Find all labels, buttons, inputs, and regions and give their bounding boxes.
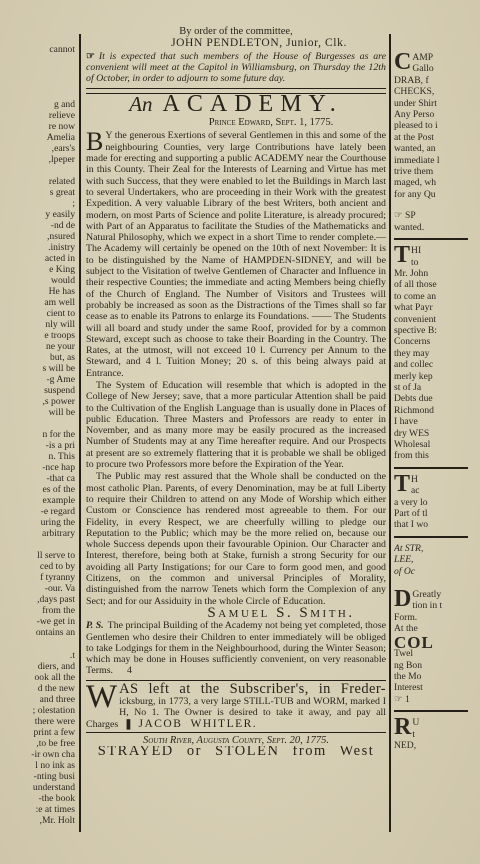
sp-notice: ☞ SPwanted. [394, 210, 480, 233]
college-heading: COL [394, 637, 480, 648]
left-fragment-line: there were [0, 716, 75, 727]
right-fragment-line: Greatly [412, 589, 480, 600]
left-fragment-line: we get in- [0, 616, 75, 627]
right-fragment-line: Richmond [394, 405, 480, 416]
spacer [394, 202, 480, 210]
left-fragment-line: uring the [0, 517, 75, 528]
left-fragment-line: e King [0, 264, 75, 275]
left-fragment-line: d the new [0, 683, 75, 694]
south-river-dateline: South River, Augusta County, Sept. 20, 1… [86, 735, 386, 746]
right-column: CAMPGalloDRAB, fCHECKS,under ShirtAny Pe… [394, 52, 480, 753]
left-fragment-line: cannot [0, 44, 75, 55]
camp-ad-lines: GalloDRAB, fCHECKS,under ShirtAny Persop… [394, 63, 480, 200]
academy-title: AnACADEMY. [86, 99, 386, 114]
academy-title-prefix: An [129, 92, 152, 116]
left-fragment-line: f tyranny [0, 572, 75, 583]
right-fragment-line: of Oc [394, 566, 480, 577]
thick-rule [394, 710, 468, 712]
left-fragment-line: s great [0, 187, 75, 198]
right-fragment-line: at the Post [394, 132, 480, 143]
left-fragment-line: suspend [0, 385, 75, 396]
left-fragment-line: ir own cha- [0, 749, 75, 760]
left-fragment-line: y easily [0, 209, 75, 220]
left-fragment-line: e troops [0, 330, 75, 341]
run-notice: RUtNED, [394, 717, 480, 751]
left-fragment-line: s will be [0, 363, 75, 374]
run-notice-first-line: U [412, 717, 419, 728]
left-fragment-line: g and [0, 99, 75, 110]
horizontal-rule [86, 732, 386, 733]
left-fragment-line: nting busi- [0, 771, 75, 782]
right-fragment-line: Any Perso [394, 109, 480, 120]
right-fragment-line: wanted, an [394, 143, 480, 154]
left-fragment-line: days past, [0, 594, 75, 605]
left-fragment-line: ne your [0, 341, 75, 352]
right-fragment-line: to come an [394, 291, 480, 302]
burgesses-notice-text: It is expected that such members of the … [86, 51, 386, 85]
right-fragment-line: ☞ SP [394, 210, 480, 221]
left-fragment-line: would [0, 275, 75, 286]
right-fragment-line: tion in t [412, 600, 480, 611]
short-notice: THaca very loPart of tlthat I wo [394, 474, 480, 531]
left-fragment-line: nly will [0, 319, 75, 330]
right-fragment-line: CHECKS, [394, 86, 480, 97]
left-fragment-group: g andrelievere nowAmeliaears's,lpeper, [0, 99, 75, 165]
left-fragment-line: nsured, [0, 231, 75, 242]
right-fragment-line: ac [411, 485, 480, 496]
academy-dateline: Prince Edward, Sept. 1, 1775. [86, 117, 386, 128]
left-column: cannot g andrelievere nowAmeliaears's,lp… [0, 44, 78, 826]
left-fragment-line: inistry. [0, 242, 75, 253]
strayed-cutoff-line: STRAYED or STOLEN from West [86, 746, 386, 756]
right-fragment-line: for any Qu [394, 189, 480, 200]
right-fragment-line: ☞ 1 [394, 694, 480, 705]
right-fragment-line: maged, wh [394, 177, 480, 188]
left-fragment-group: t.diers, andook all thed the newand thre… [0, 650, 75, 826]
left-fragment-line: l no ink as [0, 760, 75, 771]
committee-order-line: By order of the committee, [86, 26, 386, 37]
left-fragment-line: s power, [0, 396, 75, 407]
column-rule-right [389, 34, 391, 832]
thick-rule [394, 467, 468, 469]
right-fragment-line: wanted. [394, 222, 480, 233]
left-fragment-line: nce hap- [0, 462, 75, 473]
right-fragment-line: what Payr [394, 302, 480, 313]
right-fragment-line: NED, [394, 740, 480, 751]
left-fragment-group: relateds great;y easilynd de-nsured,inis… [0, 176, 75, 418]
academy-paragraph-1-text: Y the generous Exertions of several Gent… [86, 130, 386, 378]
middle-column: By order of the committee, JOHN PENDLETO… [86, 26, 386, 756]
left-fragment-line: relieve [0, 110, 75, 121]
right-fragment-line: trive them [394, 166, 480, 177]
right-fragment-line: Mr. John [394, 268, 480, 279]
right-fragment-line: of all those [394, 279, 480, 290]
college-lines: Twelng Bonthe MoInterest☞ 1 [394, 648, 480, 705]
postscript-mark: 4 [127, 665, 132, 676]
column-rule-left [79, 34, 81, 832]
left-fragment-line: that ca- [0, 473, 75, 484]
smith-signature: Samuel S. Smith. [86, 608, 386, 619]
left-fragment-line: and three [0, 694, 75, 705]
camp-ad-first-line: AMP [412, 52, 433, 63]
left-fragment-group: n for theis a pri-n. Thisnce hap-that ca… [0, 429, 75, 539]
right-fragment-line: At STR, [394, 543, 480, 554]
right-fragment-line: to [411, 257, 480, 268]
right-fragment-line: a very lo [394, 497, 480, 508]
left-fragment-line: re now [0, 121, 75, 132]
still-tub-ad-signature: JACOB WHITLER. [138, 718, 257, 730]
academy-title-main: ACADEMY. [163, 91, 343, 117]
payments-notice-first-line: HI [411, 245, 421, 256]
burgesses-notice: ☞It is expected that such members of the… [86, 51, 386, 85]
right-fragment-line: Part of tl [394, 508, 480, 519]
right-fragment-line: that I wo [394, 519, 480, 530]
left-fragment-line: n for the [0, 429, 75, 440]
payments-notice-lines: toMr. Johnof all thoseto come anwhat Pay… [394, 257, 480, 462]
newspaper-page: cannot g andrelievere nowAmeliaears's,lp… [0, 0, 480, 864]
right-fragment-line: LEE, [394, 554, 480, 565]
right-fragment-line: t [412, 729, 480, 740]
still-tub-ad: WAS left at the Subscriber's, in Freder-… [86, 684, 386, 730]
right-fragment-line: Twel [394, 648, 480, 659]
drop-cap-T: T [394, 474, 411, 494]
left-fragment-line: the book- [0, 793, 75, 804]
drop-cap-W: W [86, 684, 119, 710]
postscript-label: P. S. [86, 620, 104, 631]
left-fragment-line: ontains an [0, 627, 75, 638]
right-fragment-line: I have [394, 416, 480, 427]
left-fragment-line: is a pri- [0, 440, 75, 451]
thick-rule [394, 536, 468, 538]
left-fragment-line: ced to by [0, 561, 75, 572]
drop-cap-D: D [394, 589, 412, 609]
left-fragment-line: lpeper, [0, 154, 75, 165]
academy-paragraph-1: BY the generous Exertions of several Gen… [86, 130, 386, 379]
right-fragment-line: Concerns [394, 336, 480, 347]
right-fragment-line: convenient [394, 314, 480, 325]
right-fragment-line: Form. [394, 612, 480, 623]
right-fragment-line: the Mo [394, 671, 480, 682]
right-fragment-line: they may [394, 348, 480, 359]
d-notice: DGreatlytion in tForm.At the [394, 589, 480, 635]
right-fragment-line: DRAB, f [394, 75, 480, 86]
right-fragment-line: Debts due [394, 393, 480, 404]
left-fragment-line: from the [0, 605, 75, 616]
left-fragment-line: ears's, [0, 143, 75, 154]
still-tub-ad-lead: AS left at the Subscriber's, in Freder- [119, 681, 386, 697]
left-fragment-line: am well [0, 297, 75, 308]
left-fragment-group: cannot [0, 44, 75, 55]
drop-cap-B: B [86, 130, 105, 152]
right-fragment-line: from this [394, 450, 480, 461]
left-fragment-line: Mr. Holt, [0, 815, 75, 826]
academy-paragraph-2: The System of Education will resemble th… [86, 380, 386, 470]
right-fragment-line: Wholesal [394, 439, 480, 450]
right-fragment-line: Interest [394, 682, 480, 693]
left-fragment-line: e at times: [0, 804, 75, 815]
left-fragment-line: ook all the [0, 672, 75, 683]
clerk-signature: JOHN PENDLETON, Junior, Clk. [86, 38, 386, 49]
left-fragment-line: cient to [0, 308, 75, 319]
left-fragment-line: n. This [0, 451, 75, 462]
left-fragment-group: ll serve toced to byf tyrannyour. Va-day… [0, 550, 75, 638]
right-fragment-line: and collec [394, 359, 480, 370]
left-fragment-line: olestation ; [0, 705, 75, 716]
right-fragment-line: immediate l [394, 155, 480, 166]
left-fragment-line: print a few [0, 727, 75, 738]
left-fragment-line: ll serve to [0, 550, 75, 561]
right-fragment-line: pleased to i [394, 120, 480, 131]
short-notice-first-line: H [411, 474, 418, 485]
right-fragment-line: spective B: [394, 325, 480, 336]
left-fragment-line: arbitrary [0, 528, 75, 539]
pointing-hand-icon: ☞ [86, 51, 95, 62]
left-fragment-line: acted in [0, 253, 75, 264]
left-fragment-line: but, as [0, 352, 75, 363]
right-fragment-line: under Shirt [394, 98, 480, 109]
left-fragment-line: example [0, 495, 75, 506]
left-fragment-line: e regard- [0, 506, 75, 517]
right-fragment-line: st of Ja [394, 382, 480, 393]
str-notice: At STR,LEE,of Oc [394, 543, 480, 577]
left-fragment-line: ; [0, 198, 75, 209]
drop-cap-R: R [394, 717, 412, 737]
left-fragment-line: nd de- [0, 220, 75, 231]
right-fragment-line: Gallo [412, 63, 480, 74]
left-fragment-line: to be free, [0, 738, 75, 749]
academy-paragraph-3: The Public may rest assured that the Who… [86, 471, 386, 607]
postscript: P. S.The principal Building of the Acade… [86, 620, 386, 676]
right-fragment-line: ng Bon [394, 660, 480, 671]
left-fragment-line: He has [0, 286, 75, 297]
left-fragment-line: g Ame- [0, 374, 75, 385]
left-fragment-line: diers, and [0, 661, 75, 672]
drop-cap-C: C [394, 52, 412, 72]
printers-mark-icon: ❚ [124, 719, 132, 730]
right-fragment-line: merly kep [394, 371, 480, 382]
left-fragment-line: will be [0, 407, 75, 418]
left-fragment-line: related [0, 176, 75, 187]
left-fragment-line: our. Va- [0, 583, 75, 594]
drop-cap-T: T [394, 245, 411, 265]
thick-rule [394, 238, 468, 240]
camp-ad: CAMPGalloDRAB, fCHECKS,under ShirtAny Pe… [394, 52, 480, 200]
left-fragment-line: Amelia [0, 132, 75, 143]
left-fragment-line: understand [0, 782, 75, 793]
left-fragment-line: t. [0, 650, 75, 661]
right-fragment-line: dry WES [394, 428, 480, 439]
left-fragment-line: es of the [0, 484, 75, 495]
payments-notice: THItoMr. Johnof all thoseto come anwhat … [394, 245, 480, 462]
